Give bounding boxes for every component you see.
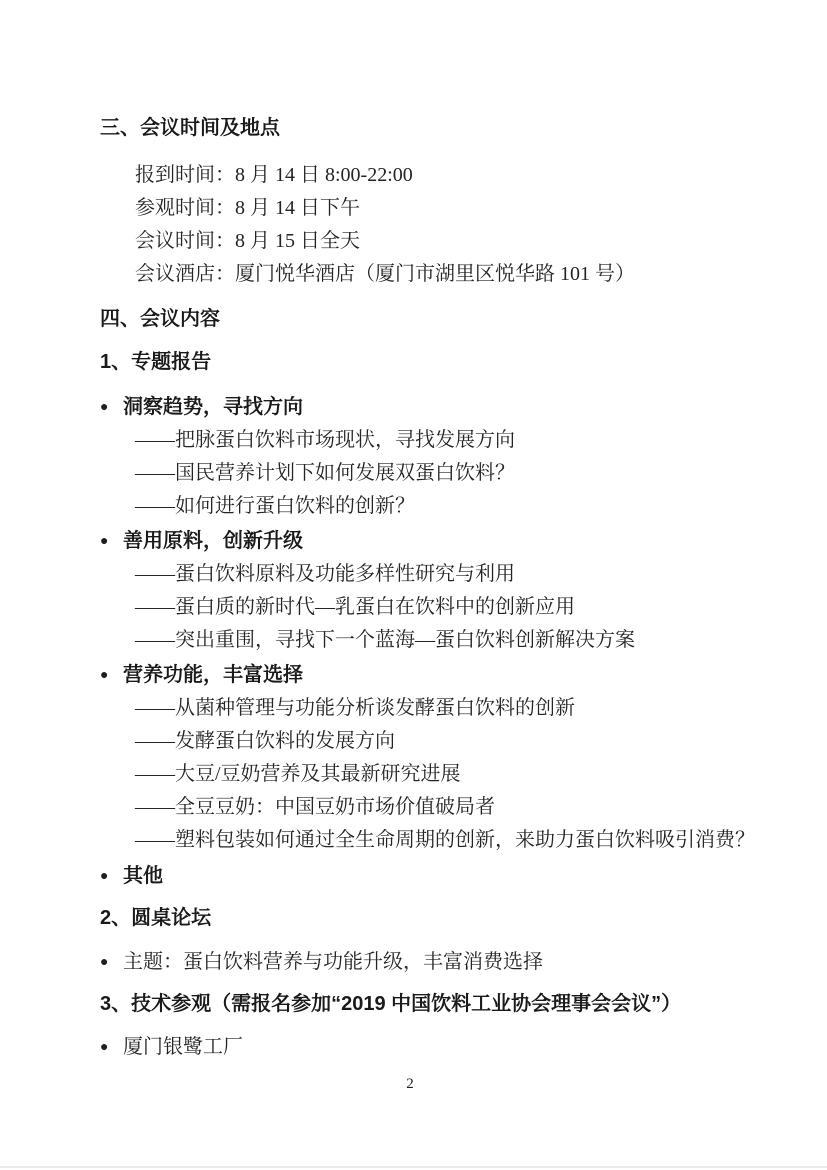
bullet-icon: ●	[100, 525, 123, 558]
topic-bullet-label: 其他	[123, 860, 163, 893]
topic-bullet-factory: ● 厦门银鹭工厂	[100, 1031, 750, 1064]
topic-bullet-label: 厦门银鹭工厂	[123, 1031, 243, 1064]
dash-item: ——把脉蛋白饮料市场现状，寻找发展方向	[100, 424, 750, 457]
section-heading-time-location: 三、会议时间及地点	[100, 112, 750, 145]
subsection-heading-keynotes: 1、专题报告	[100, 346, 750, 379]
dash-item: ——蛋白质的新时代—乳蛋白在饮料中的创新应用	[100, 591, 750, 624]
topic-bullet-label: 营养功能，丰富选择	[123, 659, 303, 692]
topic-bullet-trends: ● 洞察趋势，寻找方向	[100, 391, 750, 424]
dash-item: ——蛋白饮料原料及功能多样性研究与利用	[100, 558, 750, 591]
page-number: 2	[0, 1076, 820, 1093]
bullet-icon: ●	[100, 860, 123, 893]
info-line-hotel: 会议酒店：厦门悦华酒店（厦门市湖里区悦华路 101 号）	[100, 258, 750, 291]
topic-bullet-label: 主题：蛋白饮料营养与功能升级，丰富消费选择	[123, 946, 543, 979]
dash-item: ——发酵蛋白饮料的发展方向	[100, 725, 750, 758]
topic-bullet-roundtable-theme: ● 主题：蛋白饮料营养与功能升级，丰富消费选择	[100, 946, 750, 979]
topic-bullet-ingredients: ● 善用原料，创新升级	[100, 525, 750, 558]
dash-item: ——国民营养计划下如何发展双蛋白饮料？	[100, 457, 750, 490]
dash-item: ——大豆/豆奶营养及其最新研究进展	[100, 758, 750, 791]
document-page: 三、会议时间及地点 报到时间：8 月 14 日 8:00-22:00 参观时间：…	[0, 0, 827, 1170]
topic-bullet-label: 善用原料，创新升级	[123, 525, 303, 558]
bullet-icon: ●	[100, 1031, 123, 1064]
topic-bullet-label: 洞察趋势，寻找方向	[123, 391, 303, 424]
scan-edge-artifact	[0, 1166, 827, 1168]
bullet-icon: ●	[100, 391, 123, 424]
topic-bullet-nutrition: ● 营养功能，丰富选择	[100, 659, 750, 692]
dash-item: ——塑料包装如何通过全生命周期的创新，来助力蛋白饮料吸引消费？	[100, 824, 750, 857]
bullet-icon: ●	[100, 946, 123, 979]
info-line-checkin-time: 报到时间：8 月 14 日 8:00-22:00	[100, 159, 750, 192]
info-line-visit-time: 参观时间：8 月 14 日下午	[100, 192, 750, 225]
dash-item: ——全豆豆奶：中国豆奶市场价值破局者	[100, 791, 750, 824]
dash-item: ——从菌种管理与功能分析谈发酵蛋白饮料的创新	[100, 692, 750, 725]
document-body: 三、会议时间及地点 报到时间：8 月 14 日 8:00-22:00 参观时间：…	[100, 112, 750, 1064]
topic-bullet-other: ● 其他	[100, 860, 750, 893]
subsection-heading-roundtable: 2、圆桌论坛	[100, 902, 750, 935]
info-line-meeting-time: 会议时间：8 月 15 日全天	[100, 225, 750, 258]
section-heading-agenda: 四、会议内容	[100, 303, 750, 336]
bullet-icon: ●	[100, 659, 123, 692]
dash-item: ——突出重围，寻找下一个蓝海—蛋白饮料创新解决方案	[100, 624, 750, 657]
dash-item: ——如何进行蛋白饮料的创新？	[100, 490, 750, 523]
subsection-heading-technical-visit: 3、技术参观（需报名参加“2019 中国饮料工业协会理事会会议”）	[100, 988, 750, 1021]
